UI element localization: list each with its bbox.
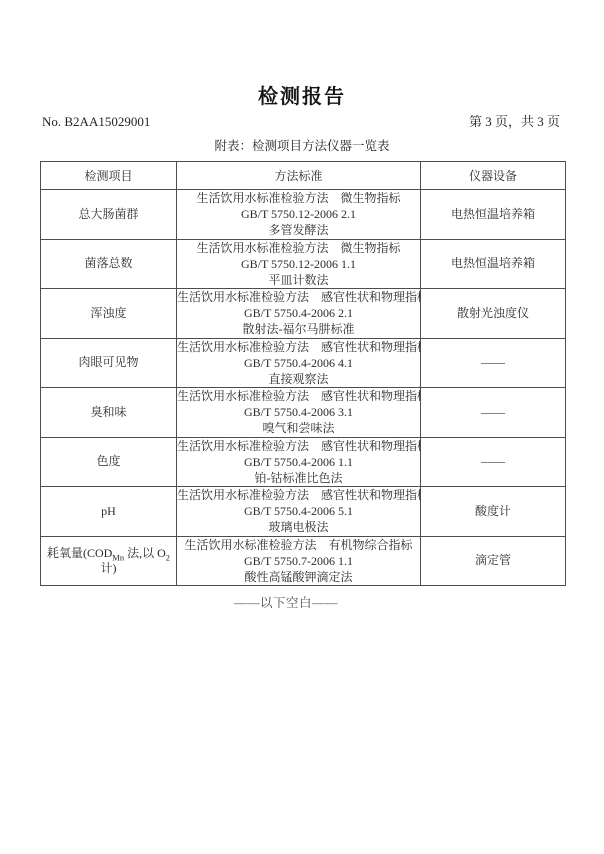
item-cell: 菌落总数 [41,239,177,289]
table-row: 肉眼可见物生活饮用水标准检验方法 感官性状和物理指标GB/T 5750.4-20… [41,338,566,388]
instrument-cell: 电热恒温培养箱 [421,190,566,240]
method-line: 生活饮用水标准检验方法 感官性状和物理指标 [177,438,420,454]
method-line: 生活饮用水标准检验方法 微生物指标 [177,190,420,206]
method-cell: 生活饮用水标准检验方法 感官性状和物理指标GB/T 5750.4-2006 5.… [177,487,421,537]
column-header-instrument: 仪器设备 [421,162,566,190]
below-blank-note: ——以下空白—— [0,593,572,611]
method-line: GB/T 5750.4-2006 2.1 [177,305,420,321]
method-line: 生活饮用水标准检验方法 感官性状和物理指标 [177,339,420,355]
method-line: 生活饮用水标准检验方法 感官性状和物理指标 [177,289,420,305]
report-number: No. B2AA15029001 [42,114,150,129]
method-line: 散射法-福尔马肼标准 [177,321,420,337]
method-cell: 生活饮用水标准检验方法 微生物指标GB/T 5750.12-2006 2.1多管… [177,190,421,240]
method-cell: 生活饮用水标准检验方法 有机物综合指标GB/T 5750.7-2006 1.1酸… [177,536,421,586]
method-line: 玻璃电极法 [177,519,420,535]
table-row: 耗氧量(CODMn 法,以 O2 计)生活饮用水标准检验方法 有机物综合指标GB… [41,536,566,586]
item-cell: 总大肠菌群 [41,190,177,240]
page-title: 检测报告 [0,0,604,108]
instrument-cell: —— [421,437,566,487]
instrument-cell: 散射光浊度仪 [421,289,566,339]
item-cell: 浑浊度 [41,289,177,339]
item-cell: pH [41,487,177,537]
method-line: 多管发酵法 [177,222,420,238]
table-body: 总大肠菌群生活饮用水标准检验方法 微生物指标GB/T 5750.12-2006 … [41,190,566,586]
instrument-cell: 酸度计 [421,487,566,537]
method-line: GB/T 5750.4-2006 3.1 [177,404,420,420]
instrument-cell: 滴定管 [421,536,566,586]
method-line: 生活饮用水标准检验方法 有机物综合指标 [177,537,420,553]
method-line: 酸性高锰酸钾滴定法 [177,569,420,585]
method-line: GB/T 5750.4-2006 4.1 [177,355,420,371]
method-cell: 生活饮用水标准检验方法 感官性状和物理指标GB/T 5750.4-2006 2.… [177,289,421,339]
method-line: 嗅气和尝味法 [177,420,420,436]
instrument-cell: —— [421,388,566,438]
page-indicator: 第 3 页，共 3 页 [469,114,560,129]
item-cell: 肉眼可见物 [41,338,177,388]
table-header-row: 检测项目 方法标准 仪器设备 [41,162,566,190]
report-page: 检测报告 No. B2AA15029001 第 3 页，共 3 页 附表：检测项… [0,0,604,854]
method-line: 生活饮用水标准检验方法 微生物指标 [177,240,420,256]
report-meta: No. B2AA15029001 第 3 页，共 3 页 [42,114,560,129]
method-line: GB/T 5750.4-2006 1.1 [177,454,420,470]
method-line: GB/T 5750.7-2006 1.1 [177,553,420,569]
table-row: pH生活饮用水标准检验方法 感官性状和物理指标GB/T 5750.4-2006 … [41,487,566,537]
item-cell: 臭和味 [41,388,177,438]
method-line: 直接观察法 [177,371,420,387]
method-line: 平皿计数法 [177,272,420,288]
method-line: 铂-钴标准比色法 [177,470,420,486]
instrument-cell: 电热恒温培养箱 [421,239,566,289]
method-line: GB/T 5750.12-2006 1.1 [177,256,420,272]
table-row: 臭和味生活饮用水标准检验方法 感官性状和物理指标GB/T 5750.4-2006… [41,388,566,438]
method-line: GB/T 5750.12-2006 2.1 [177,206,420,222]
method-cell: 生活饮用水标准检验方法 微生物指标GB/T 5750.12-2006 1.1平皿… [177,239,421,289]
instrument-cell: —— [421,338,566,388]
item-cell: 色度 [41,437,177,487]
table-row: 色度生活饮用水标准检验方法 感官性状和物理指标GB/T 5750.4-2006 … [41,437,566,487]
table-row: 总大肠菌群生活饮用水标准检验方法 微生物指标GB/T 5750.12-2006 … [41,190,566,240]
method-line: GB/T 5750.4-2006 5.1 [177,503,420,519]
method-line: 生活饮用水标准检验方法 感官性状和物理指标 [177,388,420,404]
column-header-method: 方法标准 [177,162,421,190]
method-line: 生活饮用水标准检验方法 感官性状和物理指标 [177,487,420,503]
method-cell: 生活饮用水标准检验方法 感官性状和物理指标GB/T 5750.4-2006 4.… [177,338,421,388]
method-cell: 生活饮用水标准检验方法 感官性状和物理指标GB/T 5750.4-2006 1.… [177,437,421,487]
table-row: 菌落总数生活饮用水标准检验方法 微生物指标GB/T 5750.12-2006 1… [41,239,566,289]
method-cell: 生活饮用水标准检验方法 感官性状和物理指标GB/T 5750.4-2006 3.… [177,388,421,438]
table-caption: 附表：检测项目方法仪器一览表 [0,139,604,154]
column-header-item: 检测项目 [41,162,177,190]
methods-table: 检测项目 方法标准 仪器设备 总大肠菌群生活饮用水标准检验方法 微生物指标GB/… [40,161,566,586]
table-row: 浑浊度生活饮用水标准检验方法 感官性状和物理指标GB/T 5750.4-2006… [41,289,566,339]
item-cell: 耗氧量(CODMn 法,以 O2 计) [41,536,177,586]
